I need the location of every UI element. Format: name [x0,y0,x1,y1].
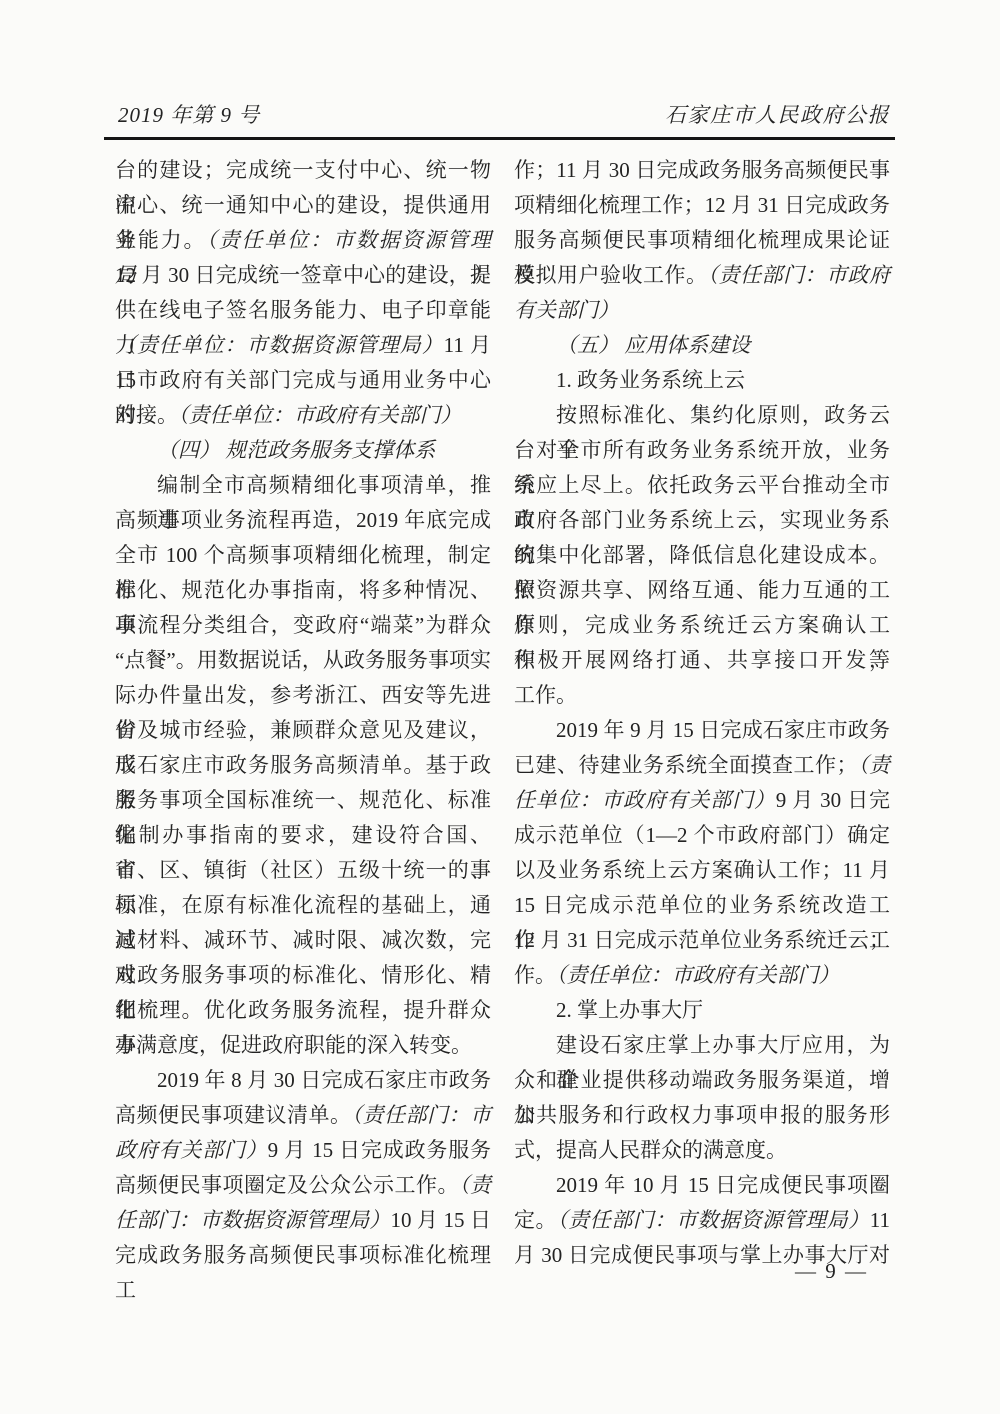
text-line: 15 日完成示范单位的业务系统改造工作； [514,888,890,923]
text-line: 众和企业提供移动端政务服务渠道，增加 [514,1063,890,1098]
text-line: 务能力。（责任单位：市数据资源管理局） [115,223,491,258]
text-run-kai: （责任部门：市 [352,1103,492,1127]
text-line: 市、区、镇街（社区）五级十统一的事项 [115,853,491,888]
text-line: 任单位：市政府有关部门）9 月 30 日完 [514,783,890,818]
page-number: — 9 — [795,1256,868,1286]
text-line: 政府各部门业务系统上云，实现业务系统 [514,503,890,538]
text-run-song: 2019 年 8 月 30 日完成石家庄市政务 [157,1068,491,1092]
text-line: “点餐”。用数据说话，从政务服务事项实 [115,643,491,678]
text-line: 成石家庄市政务服务高频清单。基于政务 [115,748,491,783]
text-line: 全市 100 个高频事项精细化梳理，制定标 [115,538,491,573]
text-line: 以及业务系统上云方案确认工作；11 月 [514,853,890,888]
text-run-song: 以及业务系统上云方案确认工作；11 月 [514,858,890,882]
text-line: 原则，完成业务系统迁云方案确认工作， [514,608,890,643]
text-line: 标准，在原有标准化流程的基础上，通过 [115,888,491,923]
text-line: 积极开展网络打通、共享接口开发等 [514,643,890,678]
text-line: 高频事项业务流程再造，2019 年底完成 [115,503,491,538]
text-run-song: 事满意度，促进政府职能的深入转变。 [115,1033,472,1057]
text-run-song: 作；11 月 30 日完成政务服务高频便民事 [514,158,890,182]
text-line: 照资源共享、网络互通、能力互通的工作 [514,573,890,608]
text-line: 编制全市高频精细化事项清单，推进 [115,468,491,503]
text-line: 统应上尽上。依托政务云平台推动全市市 [514,468,890,503]
text-run-song: 积极开展网络打通、共享接口开发等 [514,648,890,672]
text-line: 完成政务服务高频便民事项标准化梳理工 [115,1238,491,1273]
header-issue-label: 2019 年第 9 号 [118,102,260,128]
text-line: 工作。 [514,678,890,713]
text-line: 2. 掌上办事大厅 [514,993,890,1028]
text-run-song: 2019 年 10 月 15 日完成便民事项圈 [556,1173,890,1197]
text-run-kai: 任单位：市政府有关部门） [514,788,776,812]
text-run-song: 项精细化梳理工作；12 月 31 日完成政务 [514,193,890,217]
text-run-song: “点餐”。用数据说话，从政务服务事项实 [115,648,491,672]
text-column-right: 作；11 月 30 日完成政务服务高频便民事项精细化梳理工作；12 月 31 日… [514,153,890,1273]
text-line: 按照标准化、集约化原则，政务云平 [514,398,890,433]
text-line: （五） 应用体系建设 [514,328,890,363]
text-line: 台的建设；完成统一支付中心、统一物流 [115,153,491,188]
text-run-kai: （责任单位：市政府有关部门） [178,403,462,427]
text-run-song: 成示范单位（1—2 个市政府部门）确定 [514,823,890,847]
text-line: 事满意度，促进政府职能的深入转变。 [115,1028,491,1063]
text-run-song: 作。 [514,963,556,987]
text-run-kai: （责任部门：市数据资源管理局） [557,1208,870,1232]
text-line: 建设石家庄掌上办事大厅应用，为群 [514,1028,890,1063]
text-run-song: 2019 年 9 月 15 日完成石家庄市政务 [556,718,890,742]
text-run-song: 式，提高人民群众的满意度。 [514,1138,787,1162]
text-line: 化梳理。优化政务服务流程，提升群众办 [115,993,491,1028]
text-run-song: 公共服务和行政权力事项申报的服务形 [514,1103,890,1127]
text-run-song: 1. 政务业务系统上云 [556,368,745,392]
text-line: 作；11 月 30 日完成政务服务高频便民事 [514,153,890,188]
text-line: 式，提高人民群众的满意度。 [514,1133,890,1168]
text-line: 际办件量出发，参考浙江、西安等先进省 [115,678,491,713]
text-run-song: 务能力。 [115,228,206,252]
text-line: 定。（责任部门：市数据资源管理局）11 [514,1203,890,1238]
text-line: 日市政府有关部门完成与通用业务中心的 [115,363,491,398]
text-run-song: 10 月 15 日 [390,1208,491,1232]
text-line: （四） 规范政务服务支撑体系 [115,433,491,468]
text-run-kai: （责 [858,753,891,777]
text-line: 1. 政务业务系统上云 [514,363,890,398]
text-line: 对接。（责任单位：市政府有关部门） [115,398,491,433]
text-line: 2019 年 9 月 15 日完成石家庄市政务 [514,713,890,748]
text-line: 台对全市所有政务业务系统开放，业务系 [514,433,890,468]
text-line: 服务事项全国标准统一、规范化、标准化 [115,783,491,818]
text-line: 中心、统一通知中心的建设，提供通用业 [115,188,491,223]
text-run-song: 12 月 30 日完成统一签章中心的建设，提 [115,263,491,287]
text-line: （责任单位：市数据资源管理局）11 月 15 [115,328,491,363]
text-line: 12 月 30 日完成统一签章中心的建设，提 [115,258,491,293]
text-line: 减材料、减环节、减时限、减次数，完成 [115,923,491,958]
text-run-song: 11 [870,1208,890,1232]
header-gazette-title: 石家庄市人民政府公报 [665,102,890,128]
text-line: 模拟用户验收工作。（责任部门：市政府 [514,258,890,293]
text-run-kai: （五） 应用体系建设 [556,333,750,357]
text-line: 编制办事指南的要求，建设符合国、省、 [115,818,491,853]
text-line: 高频便民事项建议清单。（责任部门：市 [115,1098,491,1133]
text-run-kai: 政府有关部门） [115,1138,268,1162]
text-run-kai: （责 [459,1173,491,1197]
text-line: 对政务服务事项的标准化、情形化、精细 [115,958,491,993]
text-run-song: 对接。 [115,403,178,427]
text-run-song: 12 月 31 日完成示范单位业务系统迁云工 [514,928,890,952]
text-run-song: 9 月 30 日完 [776,788,890,812]
text-line: 准化、规范化办事指南，将多种情况、事 [115,573,491,608]
text-line: 作。（责任单位：市政府有关部门） [514,958,890,993]
text-line: 的集中化部署，降低信息化建设成本。依 [514,538,890,573]
text-run-kai: （责任单位：市政府有关部门） [556,963,840,987]
text-line: 2019 年 8 月 30 日完成石家庄市政务 [115,1063,491,1098]
text-run-song: 2. 掌上办事大厅 [556,998,703,1022]
text-run-song: 项流程分类组合，变政府“端菜”为群众 [115,613,491,637]
text-run-kai: （四） 规范政务服务支撑体系 [157,438,435,462]
text-line: 有关部门） [514,293,890,328]
text-line: 项流程分类组合，变政府“端菜”为群众 [115,608,491,643]
text-run-song: 已建、待建业务系统全面摸查工作； [514,753,858,777]
text-run-song: 模拟用户验收工作。 [514,263,708,287]
text-line: 成示范单位（1—2 个市政府部门）确定 [514,818,890,853]
text-column-left: 台的建设；完成统一支付中心、统一物流中心、统一通知中心的建设，提供通用业务能力。… [115,153,491,1273]
header-rule [104,137,895,140]
text-run-song: 高频便民事项圈定及公众公示工作。 [115,1173,459,1197]
text-run-song: 高频便民事项建议清单。 [115,1103,352,1127]
text-run-song: 9 月 15 日完成政务服务 [268,1138,491,1162]
text-run-song: 完成政务服务高频便民事项标准化梳理工 [115,1243,491,1302]
text-line: 供在线电子签名服务能力、电子印章能力 [115,293,491,328]
text-line: 份及城市经验，兼顾群众意见及建议，形 [115,713,491,748]
text-run-kai: 任部门：市数据资源管理局） [115,1208,390,1232]
text-run-song: 工作。 [514,683,577,707]
text-line: 公共服务和行政权力事项申报的服务形 [514,1098,890,1133]
text-run-kai: 有关部门） [514,298,619,322]
text-line: 政府有关部门）9 月 15 日完成政务服务 [115,1133,491,1168]
text-line: 已建、待建业务系统全面摸查工作；（责 [514,748,890,783]
text-line: 项精细化梳理工作；12 月 31 日完成政务 [514,188,890,223]
text-run-kai: （责任部门：市政府 [708,263,891,287]
text-line: 服务高频便民事项精细化梳理成果论证及 [514,223,890,258]
text-line: 任部门：市数据资源管理局）10 月 15 日 [115,1203,491,1238]
gazette-page: 2019 年第 9 号 石家庄市人民政府公报 台的建设；完成统一支付中心、统一物… [0,0,1000,1414]
text-run-song: 高频事项业务流程再造，2019 年底完成 [115,508,491,532]
text-line: 高频便民事项圈定及公众公示工作。（责 [115,1168,491,1203]
text-line: 2019 年 10 月 15 日完成便民事项圈 [514,1168,890,1203]
text-run-song: 定。 [514,1208,557,1232]
text-line: 12 月 31 日完成示范单位业务系统迁云工 [514,923,890,958]
text-run-kai: （责任单位：市数据资源管理局） [115,333,444,357]
